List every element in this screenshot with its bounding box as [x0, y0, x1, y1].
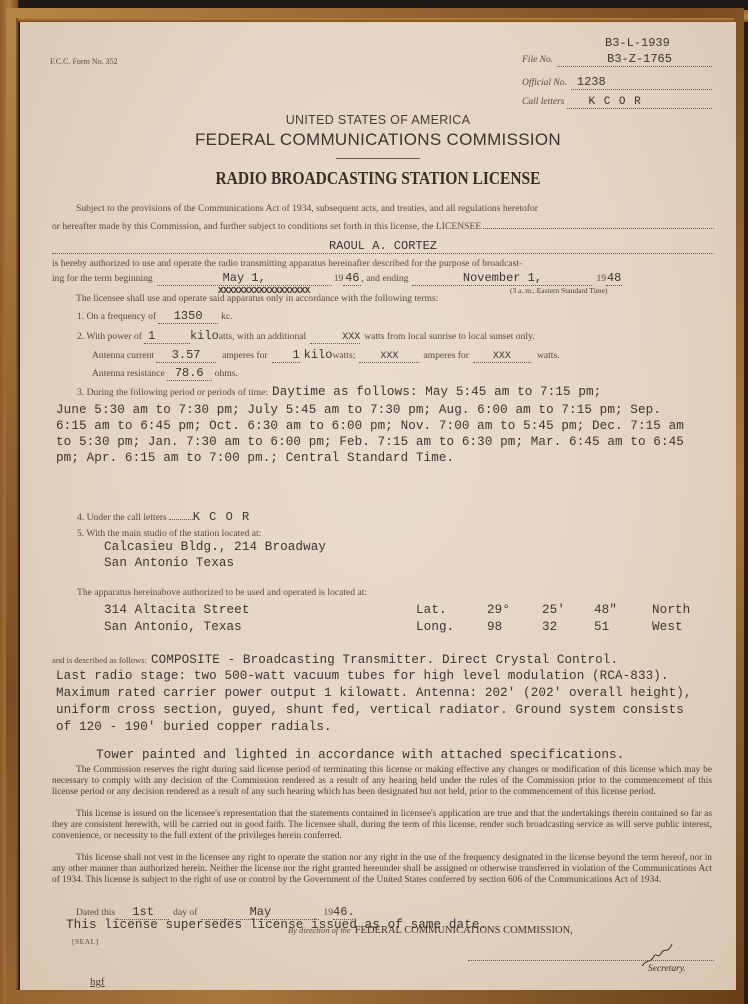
longitude-label: Long.	[416, 619, 454, 636]
licensee-dotted-leader	[483, 228, 714, 229]
studio-label: 5. With the main studio of the station l…	[77, 528, 261, 539]
described-label: and is described as follows:	[52, 655, 147, 665]
apparatus-address-line-2: San Antonio, Texas	[104, 619, 242, 636]
file-no-label: File No.	[522, 55, 553, 65]
signature-heading: By direction of the FEDERAL COMMUNICATIO…	[288, 925, 573, 936]
term-line: ing for the term beginning May 1, 19 46 …	[52, 271, 714, 286]
studio-line-1: Calcasieu Bldg., 214 Broadway	[104, 539, 326, 556]
antenna-resistance-label: Antenna resistance	[92, 368, 165, 379]
term-periods: 3. During the following period or period…	[77, 384, 601, 401]
call-letters-leader	[169, 519, 193, 520]
secretary-label: Secretary.	[648, 964, 686, 974]
power-unit-typed: kilo	[190, 329, 219, 343]
licensee-name: RAOUL A. CORTEZ	[52, 239, 714, 254]
form-number: F.C.C. Form No. 352	[50, 57, 118, 66]
latitude-seconds: 48"	[594, 602, 617, 619]
license-document: F.C.C. Form No. 352 B3-L-1939 File No. B…	[20, 22, 736, 990]
watts-semicolon: watts;	[332, 350, 355, 361]
term-begin-date: May 1,	[157, 271, 332, 286]
watts-label: watts.	[537, 350, 560, 361]
authorized-line-1: is hereby authorized to use and operate …	[52, 258, 522, 269]
apparatus-address-line-1: 314 Altacita Street	[104, 602, 250, 619]
additional-watts-value: XXX	[310, 332, 360, 344]
power-value: 1	[144, 329, 190, 344]
additional-watts-text: watts from local sunrise to local sunset…	[364, 331, 534, 342]
description-line-1: COMPOSITE - Broadcasting Transmitter. Di…	[151, 652, 618, 669]
description-line-4: uniform cross section, guyed, shunt fed,…	[56, 702, 684, 719]
apparatus-label: The apparatus hereinabove authorized to …	[77, 587, 367, 598]
licensee-field: RAOUL A. CORTEZ	[52, 239, 714, 254]
official-no-label: Official No.	[522, 78, 567, 88]
title-divider	[336, 158, 420, 159]
current-power-unit: kilo	[304, 348, 333, 362]
latitude-direction: North	[652, 602, 690, 619]
periods-line-2: June 5:30 am to 7:30 pm; July 5:45 am to…	[56, 402, 661, 419]
frequency-label: 1. On a frequency of	[77, 311, 156, 322]
preamble-line-1: Subject to the provisions of the Communi…	[76, 203, 538, 214]
frequency-value: 1350	[158, 309, 218, 324]
official-no-value: 1238	[571, 75, 712, 90]
periods-line-4: to 5:30 pm; Jan. 7:30 am to 6:00 pm; Feb…	[56, 434, 684, 451]
call-letters-item-label: 4. Under the call letters	[77, 512, 167, 523]
periods-line-1: Daytime as follows: May 5:45 am to 7:15 …	[272, 384, 601, 401]
latitude-degrees: 29°	[487, 602, 510, 619]
file-no-value-2: B3-Z-1765	[557, 52, 712, 67]
term-call-letters: 4. Under the call letters K C O R	[77, 510, 250, 524]
periods-line-3: 6:15 am to 6:45 pm; Oct. 6:30 am to 6:00…	[56, 418, 684, 435]
antenna-resistance-value: 78.6	[167, 366, 212, 381]
call-letters-field: Call letters K C O R	[522, 96, 712, 109]
preamble-line-2: or hereafter made by this Commission, an…	[52, 221, 714, 232]
license-title: RADIO BROADCASTING STATION LICENSE	[70, 168, 686, 189]
legal-paragraph-3: This license shall not vest in the licen…	[52, 853, 712, 887]
current-extra-value: XXX	[359, 351, 419, 363]
term-end-year: 48	[606, 271, 622, 286]
term-frequency: 1. On a frequency of 1350 kc.	[77, 309, 233, 324]
periods-label: 3. During the following period or period…	[77, 387, 268, 398]
latitude-label: Lat.	[416, 602, 447, 619]
tower-note: Tower painted and lighted in accordance …	[96, 747, 624, 764]
time-note: (3 a. m., Eastern Standard Time)	[510, 286, 608, 295]
periods-line-5: pm; Apr. 6:15 am to 7:00 pm.; Central St…	[56, 450, 454, 467]
seal-label: [SEAL]	[72, 937, 99, 946]
term-end-date: November 1,	[412, 271, 592, 286]
current-power-value: 1	[272, 348, 300, 363]
call-letters-label: Call letters	[522, 97, 565, 107]
longitude-minutes: 32	[542, 619, 557, 636]
term-begin-label: ing for the term beginning	[52, 273, 153, 284]
by-direction-label: By direction of the	[288, 925, 351, 935]
description-line-5: of 120 - 190' buried copper radials.	[56, 719, 332, 736]
longitude-direction: West	[652, 619, 683, 636]
official-no-field: Official No. 1238	[522, 75, 712, 90]
legal-paragraph-2: This license is issued on the licensee's…	[52, 809, 712, 843]
preamble-text-2: or hereafter made by this Commission, an…	[52, 221, 481, 232]
term-antenna-resistance: Antenna resistance 78.6 ohms.	[92, 366, 238, 381]
term-antenna-current: Antenna current 3.57 amperes for 1 kilo …	[92, 348, 560, 363]
agency-heading: FEDERAL COMMUNICATIONS COMMISSION	[20, 130, 736, 150]
frequency-unit: kc.	[221, 311, 232, 322]
call-letters-value: K C O R	[567, 96, 713, 109]
description-line-3: Maximum rated carrier power output 1 kil…	[56, 685, 692, 702]
antenna-current-value: 3.57	[156, 348, 216, 363]
terms-intro: The licensee shall use and operate said …	[76, 293, 438, 304]
longitude-seconds: 51	[594, 619, 609, 636]
watts-extra-value: XXX	[473, 351, 531, 363]
call-letters-item-value: K C O R	[193, 510, 250, 524]
term-begin-year-prefix: 19	[334, 273, 344, 284]
term-begin-year: 46	[343, 271, 361, 286]
power-label: 2. With power of	[77, 331, 142, 342]
secretary-signature-line	[468, 960, 714, 961]
and-ending-label: , and ending	[361, 273, 408, 284]
initials: hgf	[90, 976, 105, 988]
longitude-degrees: 98	[487, 619, 502, 636]
amperes-for-label: amperes for	[222, 350, 268, 361]
country-heading: UNITED STATES OF AMERICA	[20, 113, 736, 127]
term-end-year-prefix: 19	[596, 273, 606, 284]
amperes-for-label-2: amperes for	[423, 350, 469, 361]
description-line-1-row: and is described as follows: COMPOSITE -…	[52, 652, 618, 669]
antenna-current-label: Antenna current	[92, 350, 154, 361]
studio-line-2: San Antonio Texas	[104, 555, 234, 572]
ohms-label: ohms.	[215, 368, 238, 379]
legal-paragraph-1: The Commission reserves the right during…	[52, 765, 712, 799]
fcc-signature-line: FEDERAL COMMUNICATIONS COMMISSION,	[355, 925, 573, 936]
file-no-field: File No. B3-Z-1765	[522, 52, 712, 67]
term-power: 2. With power of 1 kilo atts, with an ad…	[77, 329, 535, 344]
latitude-minutes: 25'	[542, 602, 565, 619]
description-line-2: Last radio stage: two 500-watt vacuum tu…	[56, 668, 669, 685]
power-unit-text: atts, with an additional	[219, 331, 306, 342]
file-no-value-1: B3-L-1939	[605, 36, 670, 50]
